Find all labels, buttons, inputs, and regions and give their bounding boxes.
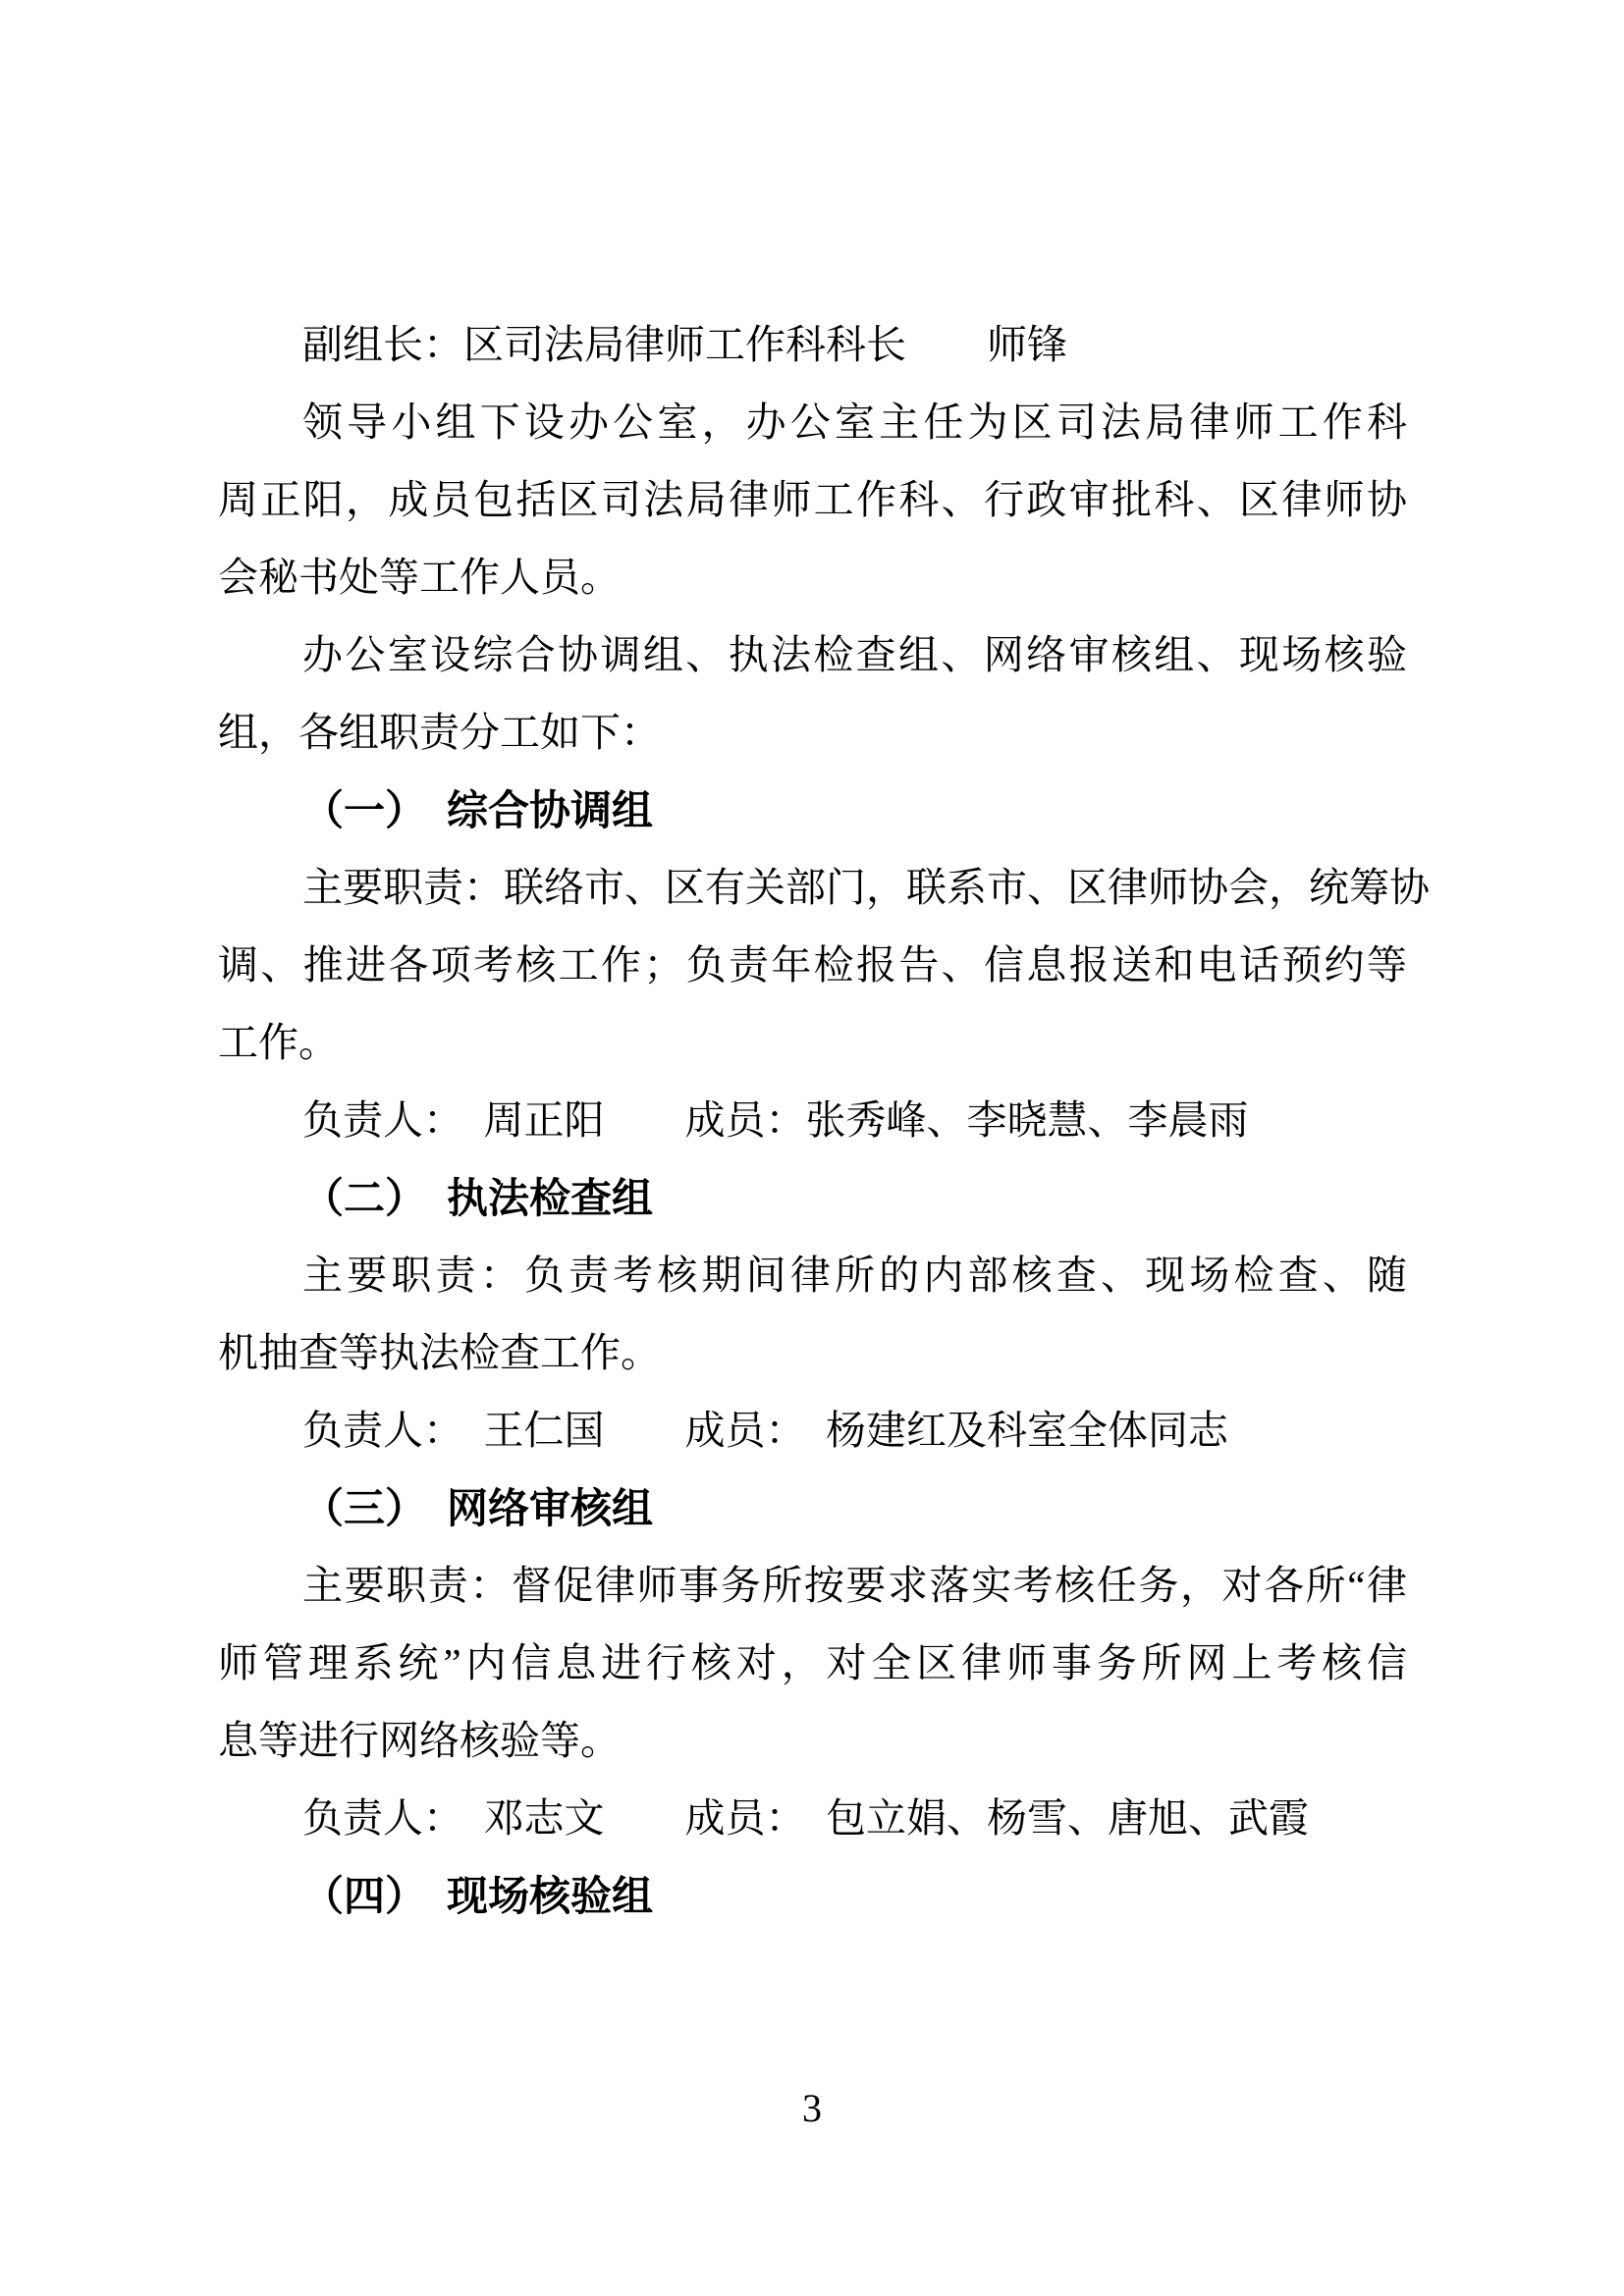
text-line: 息等进行网络核验等。	[218, 1702, 1407, 1780]
text-line: 组，各组职责分工如下：	[218, 694, 1407, 772]
text-line: 周正阳，成员包括区司法局律师工作科、行政审批科、区律师协	[218, 461, 1407, 539]
page-number: 3	[0, 2085, 1624, 2132]
section-heading: （三） 网络审核组	[218, 1469, 1407, 1547]
text-line: 师管理系统”内信息进行核对，对全区律师事务所网上考核信	[218, 1625, 1407, 1702]
text-line: 会秘书处等工作人员。	[218, 539, 1407, 616]
document-page: 副组长：区司法局律师工作科科长 师锋领导小组下设办公室，办公室主任为区司法局律师…	[0, 0, 1624, 2296]
text-line: 工作。	[218, 1004, 1407, 1082]
text-line: 办公室设综合协调组、执法检查组、网络审核组、现场核验	[218, 616, 1407, 694]
text-line: 主要职责：联络市、区有关部门，联系市、区律师协会，统筹协	[218, 849, 1407, 927]
text-line: 主要职责：督促律师事务所按要求落实考核任务，对各所“律	[218, 1547, 1407, 1625]
text-line: 领导小组下设办公室，办公室主任为区司法局律师工作科	[218, 384, 1407, 461]
text-line: 机抽查等执法检查工作。	[218, 1314, 1407, 1392]
text-line: 调、推进各项考核工作；负责年检报告、信息报送和电话预约等	[218, 927, 1407, 1004]
text-line: 负责人： 邓志文 成员： 包立娟、杨雪、唐旭、武霞	[218, 1780, 1407, 1857]
text-line: 主要职责：负责考核期间律所的内部核查、现场检查、随	[218, 1237, 1407, 1314]
section-heading: （一） 综合协调组	[218, 772, 1407, 849]
text-line: 负责人： 王仁国 成员： 杨建红及科室全体同志	[218, 1392, 1407, 1469]
text-line: 负责人： 周正阳 成员：张秀峰、李晓慧、李晨雨	[218, 1082, 1407, 1159]
section-heading: （四） 现场核验组	[218, 1857, 1407, 1935]
text-line: 副组长：区司法局律师工作科科长 师锋	[218, 306, 1407, 384]
section-heading: （二） 执法检查组	[218, 1159, 1407, 1237]
document-body: 副组长：区司法局律师工作科科长 师锋领导小组下设办公室，办公室主任为区司法局律师…	[218, 306, 1407, 1935]
